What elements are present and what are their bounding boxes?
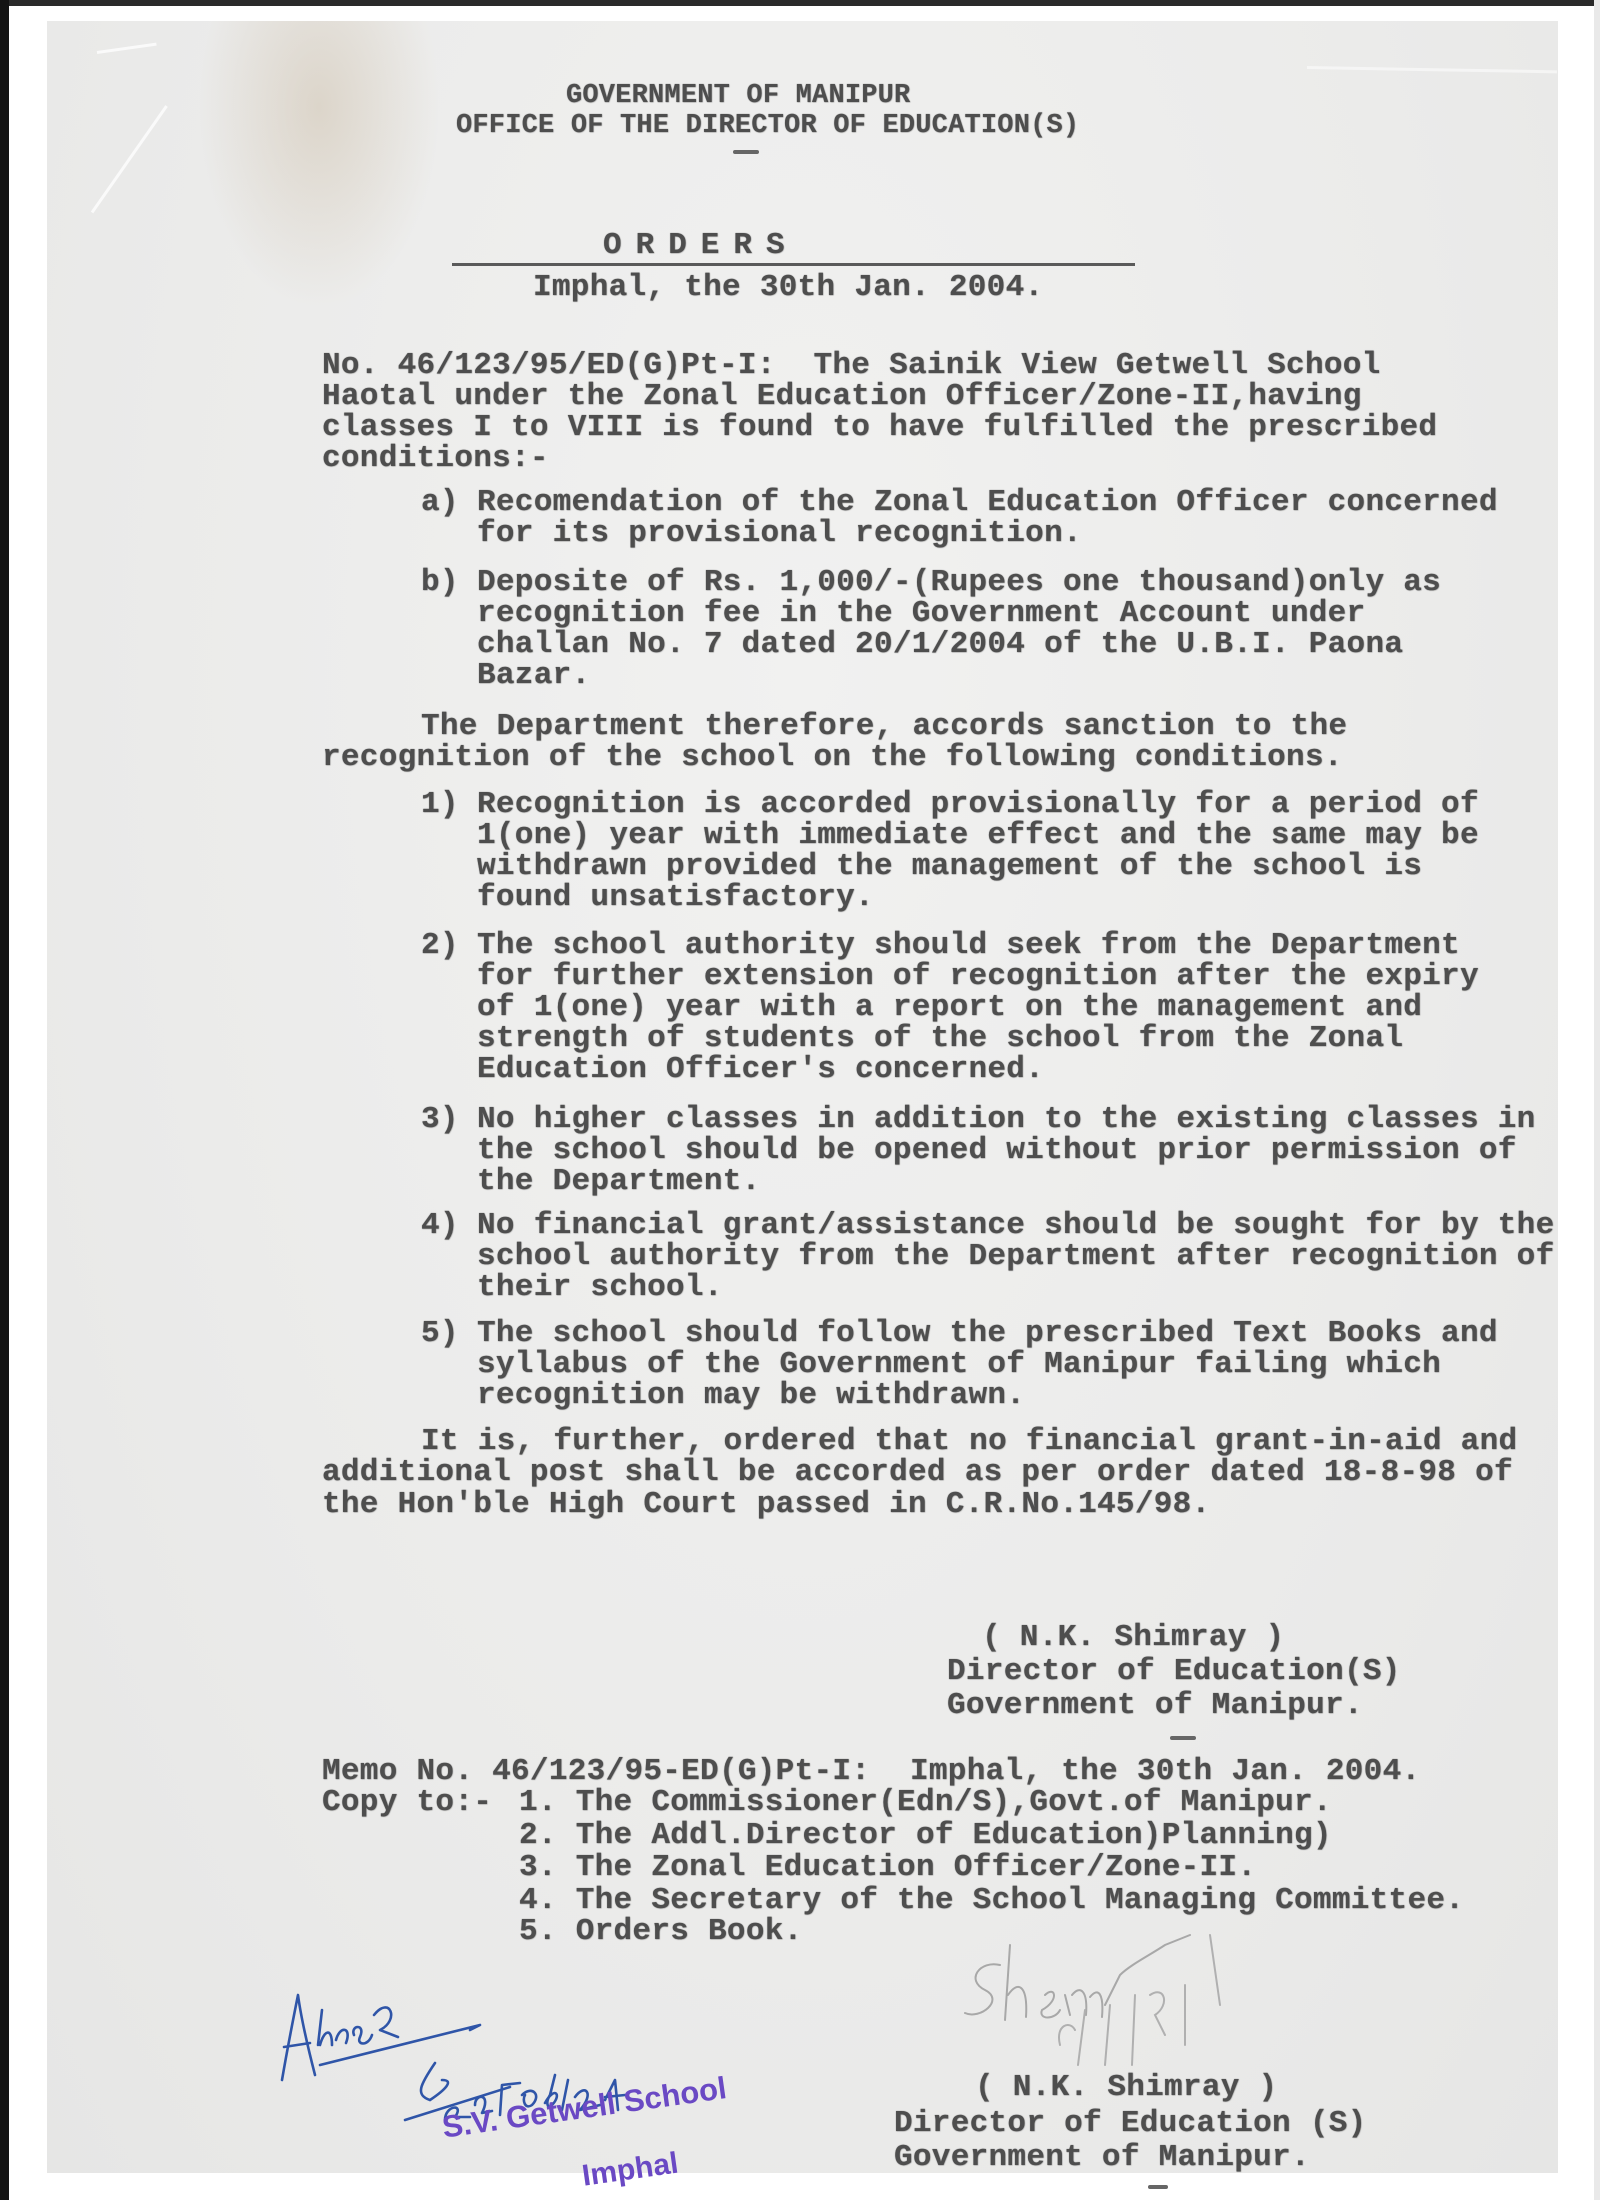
intro-line: No. 46/123/95/ED(G)Pt-I: The Sainik View… [322, 350, 1381, 382]
signature-dash [1170, 1736, 1196, 1740]
header-office: OFFICE OF THE DIRECTOR OF EDUCATION(S) [456, 110, 1079, 142]
condition-line: found unsatisfactory. [477, 882, 874, 914]
signature-dash [1148, 2185, 1168, 2189]
condition-line: Bazar. [477, 660, 590, 692]
signatory-designation: Director of Education(S) [947, 1656, 1401, 1688]
condition-line: school authority from the Department aft… [477, 1241, 1554, 1273]
copy-recipient: 5. Orders Book. [519, 1916, 803, 1948]
copy-recipient: 3. The Zonal Education Officer/Zone-II. [519, 1852, 1256, 1884]
condition-line: Deposite of Rs. 1,000/-(Rupees one thous… [477, 567, 1441, 599]
paper-crease [1307, 66, 1557, 73]
copy-recipient: 1. The Commissioner(Edn/S),Govt.of Manip… [519, 1787, 1332, 1819]
scan-border-left [0, 0, 9, 2200]
copy-to-label: Copy to:- [322, 1787, 492, 1819]
pencil-signature [960, 1925, 1320, 2075]
paper-crease [91, 105, 168, 213]
signatory-name: ( N.K. Shimray ) [975, 2072, 1277, 2104]
condition-line: withdrawn provided the management of the… [477, 851, 1422, 883]
condition-line: for further extension of recognition aft… [477, 961, 1479, 993]
pencil-signature-icon [960, 1925, 1320, 2075]
intro-line: classes I to VIII is found to have fulfi… [322, 412, 1437, 444]
condition-line: Recognition is accorded provisionally fo… [477, 789, 1479, 821]
condition-marker: a) [421, 487, 459, 519]
condition-marker: 4) [421, 1210, 459, 1242]
memo-place-date: Imphal, the 30th Jan. 2004. [910, 1756, 1420, 1788]
condition-line: recognition may be withdrawn. [477, 1380, 1025, 1412]
condition-marker: 3) [421, 1104, 459, 1136]
condition-line: their school. [477, 1272, 723, 1304]
condition-line: syllabus of the Government of Manipur fa… [477, 1349, 1441, 1381]
sanction-line: recognition of the school on the followi… [322, 742, 1343, 774]
condition-line: recognition fee in the Government Accoun… [477, 598, 1365, 630]
condition-line: strength of students of the school from … [477, 1023, 1403, 1055]
copy-recipient: 4. The Secretary of the School Managing … [519, 1885, 1464, 1917]
condition-line: No financial grant/assistance should be … [477, 1210, 1554, 1242]
header-government: GOVERNMENT OF MANIPUR [566, 80, 910, 112]
signatory-office: Government of Manipur. [947, 1690, 1363, 1722]
intro-line: conditions:- [322, 443, 549, 475]
condition-line: The school authority should seek from th… [477, 930, 1460, 962]
header-dash [733, 150, 759, 154]
signatory-name: ( N.K. Shimray ) [982, 1622, 1284, 1654]
signatory-office: Government of Manipur. [894, 2142, 1310, 2174]
condition-marker: 2) [421, 930, 459, 962]
order-place-date: Imphal, the 30th Jan. 2004. [533, 272, 1043, 304]
condition-line: No higher classes in addition to the exi… [477, 1104, 1536, 1136]
condition-marker: b) [421, 567, 459, 599]
condition-line: The school should follow the prescribed … [477, 1318, 1498, 1350]
condition-marker: 1) [421, 789, 459, 821]
signatory-designation: Director of Education (S) [894, 2108, 1367, 2140]
condition-line: the Department. [477, 1166, 761, 1198]
condition-line: 1(one) year with immediate effect and th… [477, 820, 1479, 852]
further-order-line: additional post shall be accorded as per… [322, 1457, 1513, 1489]
copy-recipient: 2. The Addl.Director of Education)Planni… [519, 1820, 1332, 1852]
intro-line: Haotal under the Zonal Education Officer… [322, 381, 1362, 413]
sanction-line: The Department therefore, accords sancti… [421, 711, 1347, 743]
condition-marker: 5) [421, 1318, 459, 1350]
scan-border-right [1594, 0, 1600, 2200]
scan-border-top [0, 0, 1600, 6]
condition-line: for its provisional recognition. [477, 518, 1082, 550]
further-order-line: the Hon'ble High Court passed in C.R.No.… [322, 1489, 1210, 1521]
further-order-line: It is, further, ordered that no financia… [421, 1426, 1517, 1458]
orders-underline [452, 263, 1135, 266]
condition-line: Recomendation of the Zonal Education Off… [477, 487, 1498, 519]
paper-crease [97, 43, 157, 54]
condition-line: of 1(one) year with a report on the mana… [477, 992, 1422, 1024]
condition-line: challan No. 7 dated 20/1/2004 of the U.B… [477, 629, 1403, 661]
condition-line: the school should be opened without prio… [477, 1135, 1517, 1167]
condition-line: Education Officer's concerned. [477, 1054, 1044, 1086]
memo-number: Memo No. 46/123/95-ED(G)Pt-I: [322, 1756, 870, 1788]
orders-title: ORDERS [603, 230, 799, 262]
